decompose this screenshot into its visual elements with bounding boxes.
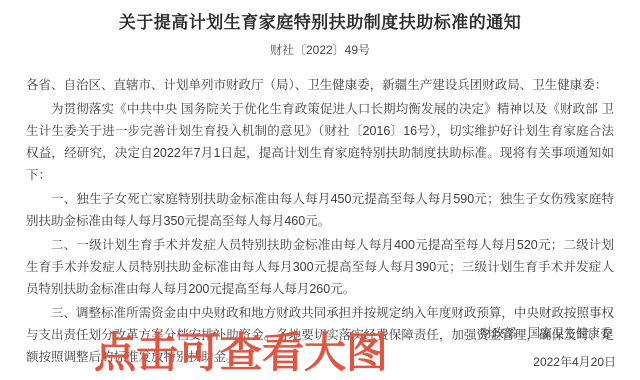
issuer-ministry-of-finance: 财政部 (480, 326, 516, 340)
signature-date: 2022年4月20日 (533, 353, 616, 370)
signature-block: 财政部国家卫生健康委 (480, 324, 612, 341)
issuer-national-health-commission: 国家卫生健康委 (528, 326, 612, 340)
document-number: 财社〔2022〕49号 (0, 43, 640, 57)
paragraph-intro: 为贯彻落实《中共中央 国务院关于优化生育政策促进人口长期均衡发展的决定》精神以及… (26, 98, 614, 186)
notice-document-page: 关于提高计划生育家庭特别扶助制度扶助标准的通知 财社〔2022〕49号 各省、自… (0, 0, 640, 380)
addressee-line: 各省、自治区、直辖市、计划单列市财政厅（局）、卫生健康委，新疆生产建设兵团财政局… (26, 74, 614, 96)
paragraph-item-2: 二、一级计划生育手术并发症人员特别扶助金标准由每人每月400元提高至每人每月52… (26, 234, 614, 300)
paragraph-item-1: 一、独生子女死亡家庭特别扶助金标准由每人每月450元提高至每人每月590元；独生… (26, 188, 614, 232)
view-large-image-link[interactable]: 点击可查看大图 (94, 329, 388, 377)
document-title: 关于提高计划生育家庭特别扶助制度扶助标准的通知 (0, 0, 640, 34)
